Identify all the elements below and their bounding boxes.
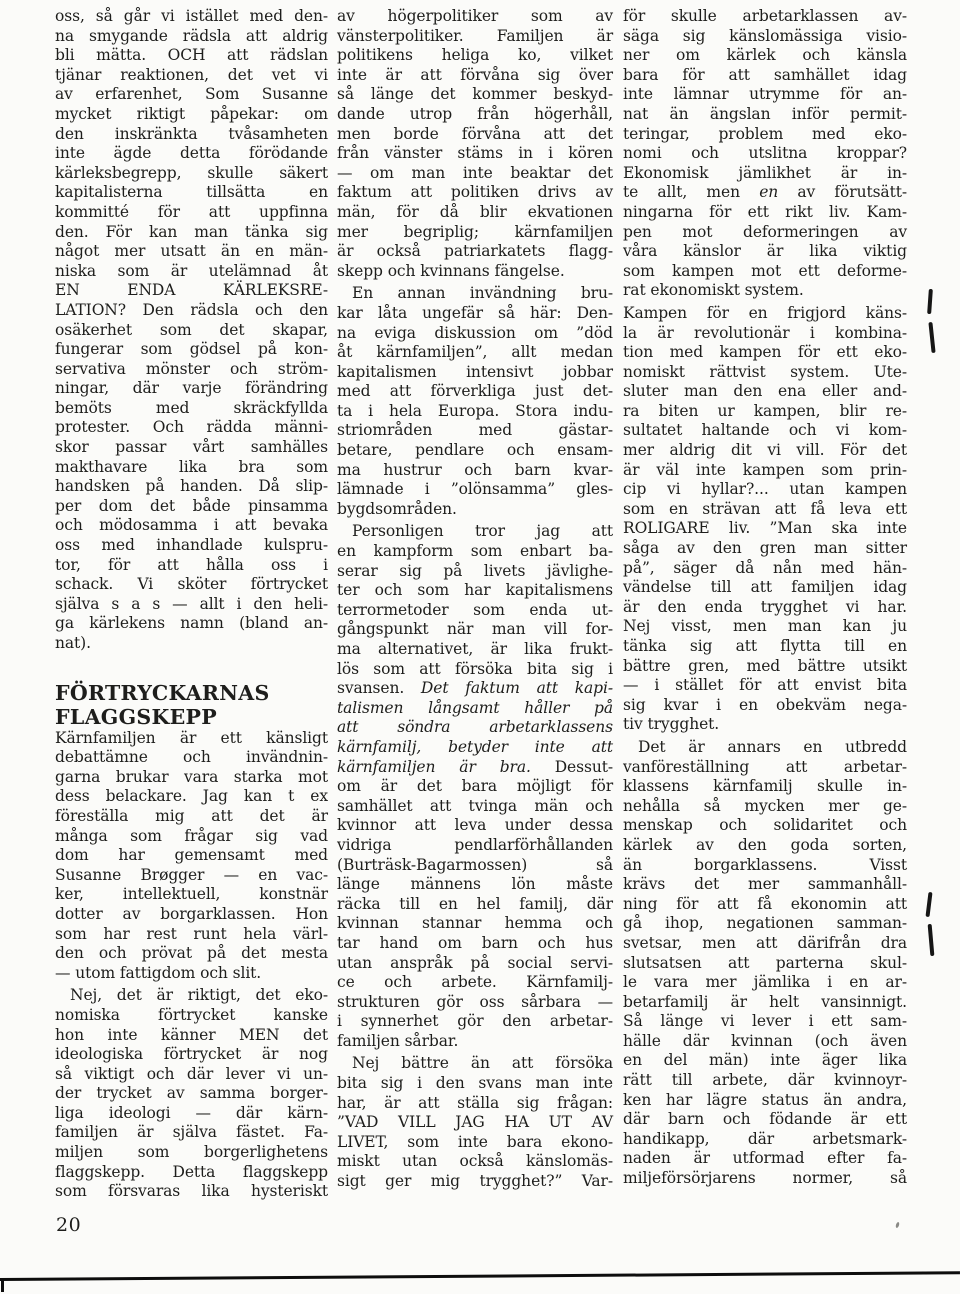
text-line: våra känslor är lika viktig (623, 242, 907, 262)
margin-pen-mark (925, 892, 932, 917)
text-line: vanföreställning att arbetar- (623, 758, 907, 778)
text-line: gångspunkt när man vill for- (337, 620, 613, 640)
text-line: för skulle arbetarklassen av- (623, 7, 907, 27)
text-line: nehålla så mycken mer ge- (623, 797, 907, 817)
text-line: garna brukar vara starka mot (55, 768, 328, 788)
text-line: länge männens lön måste (337, 875, 613, 895)
text-line: kvinnan stannar hemma och (337, 914, 613, 934)
text-column-3: för skulle arbetarklassen av-säga sig kä… (623, 7, 907, 1189)
text-line: lös som att försöka bita sig i (337, 660, 613, 680)
text-line: att söndra arbetarklassens (337, 718, 613, 738)
text-line: har, är att ställa sig frågan: (337, 1094, 613, 1114)
text-line: niska som är utelämnad åt (55, 262, 328, 282)
text-line: tor, för att hålla oss i (55, 556, 328, 576)
text-line: dess belackare. Jag kan t ex (55, 787, 328, 807)
text-line: kapitalisterna tillsätta en (55, 183, 328, 203)
text-line: tar hand om barn och hus (337, 934, 613, 954)
text-line: vidriga pendlarförhållanden (337, 836, 613, 856)
text-line: te allt, men en av förutsätt- (623, 183, 907, 203)
text-line: (Burträsk-Bagarmossen) så (337, 856, 613, 876)
text-line: nomiskt rättvist system. Ute- (623, 363, 907, 383)
text-line: ning för att få ekonomin att (623, 895, 907, 915)
text-line: säga sig känslomässiga visio- (623, 27, 907, 47)
bottom-rule (0, 1271, 960, 1281)
text-line: la är revolutionär i kombina- (623, 324, 907, 344)
text-line: mer aldrig dit vi vill. För det (623, 441, 907, 461)
text-line: skor passar vårt samhälles (55, 438, 328, 458)
text-line: LIVET, som inte bara ekono- (337, 1133, 613, 1153)
text-line: — om man inte beaktar det (337, 164, 613, 184)
text-line: na smygande rädsla att aldrig (55, 27, 328, 47)
text-line: kapitalismen intensivt jobbar (337, 363, 613, 383)
text-line: på”, säger då nån med hän- (623, 559, 907, 579)
text-line: såga av den gren man sitter (623, 539, 907, 559)
text-line: — i stället för att envist bita (623, 676, 907, 696)
text-line: Nej, det är riktigt, det eko- (55, 986, 328, 1006)
text-line: per dom det både pinsamma (55, 497, 328, 517)
text-line: cip vi hyllar?... utan kampen (623, 480, 907, 500)
text-line: dotter av borgarklassen. Hon (55, 905, 328, 925)
margin-pen-mark (928, 924, 935, 956)
text-line: ta i hela Europa. Stora indu- (337, 402, 613, 422)
text-line: nomi och utslitna kroppar? (623, 144, 907, 164)
text-line: terrormetoder som enda ut- (337, 601, 613, 621)
text-line: av högerpolitiker som av (337, 7, 613, 27)
text-line: oss med inhandlade kulspru- (55, 536, 328, 556)
text-line: i synnerhet gör den arbetar- (337, 1012, 613, 1032)
text-line: den och prövat på det mesta (55, 944, 328, 964)
text-line: Susanne Brøgger — en vac- (55, 866, 328, 886)
text-line: ideologiska förtrycket är nog (55, 1045, 328, 1065)
text-line: föreställa mig att det är (55, 807, 328, 827)
text-line: osäkerhet som det skapar, (55, 321, 328, 341)
text-line: nat). (55, 634, 328, 654)
margin-pen-mark (927, 289, 933, 314)
text-line: den inskränkta tvåsamheten (55, 125, 328, 145)
text-line: EN ENDA KÄRLEKSRE- (55, 281, 328, 301)
text-line: bita sig i den svans man inte (337, 1074, 613, 1094)
text-line: le vara mer jämlika i en ar- (623, 973, 907, 993)
text-line: svetsar, men att därifrån dra (623, 934, 907, 954)
text-line: ”VAD VILL JAG HA UT AV (337, 1113, 613, 1133)
text-column-2: av högerpolitiker som avvänsterpolitiker… (337, 7, 613, 1192)
text-line: och mödosamma i att bevaka (55, 516, 328, 536)
text-line: miskt utan också känslomäs- (337, 1152, 613, 1172)
text-line: naden är utformad efter fa- (623, 1149, 907, 1169)
section-heading-line: FLAGGSKEPP (55, 705, 328, 729)
text-line: oss, så går vi istället med den- (55, 7, 328, 27)
text-line: så länge det kommer beskyd- (337, 85, 613, 105)
text-line: bygdsområden. (337, 500, 613, 520)
ink-speck (895, 1222, 900, 1229)
page-number: 20 (56, 1214, 81, 1236)
text-line: om är det bara möjligt för (337, 777, 613, 797)
text-line: inte ägde detta förödande (55, 144, 328, 164)
text-line: krävs det mer sammanhåll- (623, 875, 907, 895)
text-line: schack. Vi sköter förtrycket (55, 575, 328, 595)
text-line: tänka sig att flytta till en (623, 637, 907, 657)
text-line: tjänar reaktionen, det vet vi (55, 66, 328, 86)
text-line: nomiska förtrycket kanske (55, 1006, 328, 1026)
text-line: Kärnfamiljen är ett känsligt (55, 729, 328, 749)
text-line: men borde förvåna att det (337, 125, 613, 145)
text-line: bemöts med skräckfyllda (55, 399, 328, 419)
text-line: ningar, där varje förändring (55, 379, 328, 399)
text-line: än borgarklassens. Visst (623, 856, 907, 876)
text-line: själva s a s — allt i den heli- (55, 595, 328, 615)
text-line: nat än ängslan inför permit- (623, 105, 907, 125)
text-line: makthavare lika bra som (55, 458, 328, 478)
text-line: sigt ger mig trygghet?” Var- (337, 1172, 613, 1192)
text-line: hälle där kvinnan (och även (623, 1032, 907, 1052)
text-line: vändelse till att familjen idag (623, 578, 907, 598)
text-line: menskap och solidaritet och (623, 816, 907, 836)
text-column-1: oss, så går vi istället med den-na smyga… (55, 7, 328, 1202)
text-line: kommitté för att uppfinna (55, 203, 328, 223)
text-line: strukturen gör oss sårbara — (337, 993, 613, 1013)
text-line: slutsatsen att parterna skul- (623, 954, 907, 974)
text-line: Kampen för en frigjord käns- (623, 304, 907, 324)
text-line: debattämne och invändnin- (55, 748, 328, 768)
text-line: teringar, problem med eko- (623, 125, 907, 145)
text-line: vänsterpolitiker. Familjen är (337, 27, 613, 47)
text-line: samhället att tvinga män och (337, 797, 613, 817)
text-line: servativa mönster och ström- (55, 360, 328, 380)
text-line: svansen. Det faktum att kapi- (337, 679, 613, 699)
text-line: bättre gren, med bättre utsikt (623, 657, 907, 677)
text-line: en del män) inte äger lika (623, 1051, 907, 1071)
text-line: betare, pendlare och ensam- (337, 441, 613, 461)
text-line: är den enda trygghet vi har. (623, 598, 907, 618)
text-line: ce och arbete. Kärnfamilj- (337, 973, 613, 993)
text-line: serar sig på livets jävlighe- (337, 562, 613, 582)
text-line: der trycket av samma borger- (55, 1084, 328, 1104)
text-line: pen mot deformeringen av (623, 223, 907, 243)
text-line: ner om kärlek och känsla (623, 46, 907, 66)
text-line: Så länge vi lever i ett sam- (623, 1012, 907, 1032)
text-line: tiv trygghet. (623, 715, 907, 735)
text-line: politikens heliga ko, vilket (337, 46, 613, 66)
text-line: är väl inte kampen som prin- (623, 461, 907, 481)
text-line: är också patriarkatets flagg- (337, 242, 613, 262)
text-line: gå ihop, negationen samman- (623, 914, 907, 934)
text-line: klassens kärnfamilj skulle in- (623, 777, 907, 797)
text-line: dom har gemensamt med (55, 846, 328, 866)
text-line: många som frågar sig vad (55, 827, 328, 847)
text-line: betarfamilj är helt vansinnigt. (623, 993, 907, 1013)
text-line: na eviga diskussion om ”död (337, 324, 613, 344)
text-line: skepp och kvinnans fängelse. (337, 262, 613, 282)
text-line: tion med kampen för ett eko- (623, 343, 907, 363)
text-line: miljeförsörjarens normer, så (623, 1169, 907, 1189)
text-line: Personligen tror jag att (337, 522, 613, 542)
text-line: Nej bättre än att försöka (337, 1054, 613, 1074)
text-line: inte lämnar utrymme för an- (623, 85, 907, 105)
text-line: utan anspråk på social servi- (337, 954, 613, 974)
text-line: ma alternativet, är lika frukt- (337, 640, 613, 660)
bottom-rule-tick (1, 1279, 4, 1292)
margin-pen-mark (928, 322, 935, 353)
text-line: kärleksbegrepp, skulle säkert (55, 164, 328, 184)
text-line: av erfarenhet, Som Susanne (55, 85, 328, 105)
text-line: kärnfamiljen är bra. Dessut- (337, 758, 613, 778)
text-line: rätt till arbete, där kvinnoyr- (623, 1071, 907, 1091)
text-line: faktum att politiken drivs av (337, 183, 613, 203)
text-line: fungerar som gödsel på kon- (55, 340, 328, 360)
text-line: ma hustrur och barn kvar- (337, 461, 613, 481)
text-line: sluter man den ena eller and- (623, 382, 907, 402)
text-line: sultatet haltande och vi kom- (623, 421, 907, 441)
text-line: åt kärnfamiljen”, allt medan (337, 343, 613, 363)
text-line: hon inte känner MEN det (55, 1026, 328, 1046)
text-line: striområden med gästar- (337, 421, 613, 441)
text-line: LATION? Den rädsla och den (55, 301, 328, 321)
text-line: sig kvar i en obekväm nega- (623, 696, 907, 716)
text-line: ra biten ur kampen, blir re- (623, 402, 907, 422)
text-line: bara för att samhället idag (623, 66, 907, 86)
text-line: Ekonomisk jämlikhet är in- (623, 164, 907, 184)
text-line: så viktigt och där lever vi un- (55, 1065, 328, 1085)
text-line: från vänster stäms in i kören (337, 144, 613, 164)
text-line: Det är annars en utbredd (623, 738, 907, 758)
text-line: med att förverkliga just det- (337, 382, 613, 402)
text-line: flaggskepp. Detta flaggskepp (55, 1163, 328, 1183)
text-line: En annan invändning bru- (337, 284, 613, 304)
text-line: handikapp, där arbetsmark- (623, 1130, 907, 1150)
text-line: som försvaras lika hysteriskt (55, 1182, 328, 1202)
text-line: kärlek av den goda sorten, (623, 836, 907, 856)
text-line: kvinnor att leva under dessa (337, 816, 613, 836)
text-line: räcka till en hel familj, där (337, 895, 613, 915)
text-line: där barn och födande är ett (623, 1110, 907, 1130)
text-line: mer begriplig; kärnfamiljen (337, 223, 613, 243)
text-line: den. För kan man tänka sig (55, 223, 328, 243)
text-line: miljen som borgerlighetens (55, 1143, 328, 1163)
text-line: som en strävan att få leva ett (623, 500, 907, 520)
text-line: Nej visst, men man kan ju (623, 617, 907, 637)
text-line: ROLIGARE liv. ”Man ska inte (623, 519, 907, 539)
text-line: liga ideologi — där kärn- (55, 1104, 328, 1124)
text-line: bli mätta. OCH att rädslan (55, 46, 328, 66)
text-line: ker, intellektuell, konstnär (55, 885, 328, 905)
text-line: kar låta ungefär så här: Den- (337, 304, 613, 324)
text-line: ter och som har kapitalismens (337, 581, 613, 601)
text-line: rat ekonomiskt system. (623, 281, 907, 301)
text-line: familjen sårbar. (337, 1032, 613, 1052)
text-line: familjen är själva fästet. Fa- (55, 1123, 328, 1143)
text-line: män, för då blir ekvationen (337, 203, 613, 223)
text-line: som kampen mot ett deforme- (623, 262, 907, 282)
text-line: mycket riktigt påpekar: om (55, 105, 328, 125)
section-heading-line: FÖRTRYCKARNAS (55, 681, 328, 705)
text-line: en kampform som enbart ba- (337, 542, 613, 562)
text-line: något mer utsatt än en män- (55, 242, 328, 262)
text-line: lämnade i ”olönsamma” gles- (337, 480, 613, 500)
text-line: som har rest runt hela värl- (55, 925, 328, 945)
text-line: ken har lägre status än andra, (623, 1091, 907, 1111)
text-line: handsken på handen. Då slip- (55, 477, 328, 497)
text-line: ningarna för ett rikt liv. Kam- (623, 203, 907, 223)
text-line: inte är att förvåna sig över (337, 66, 613, 86)
text-line: dande utrop från högerhåll, (337, 105, 613, 125)
text-line: ga kärlekens namn (bland an- (55, 614, 328, 634)
text-line: talismen långsamt håller på (337, 699, 613, 719)
text-line: — utom fattigdom och slit. (55, 964, 328, 984)
text-line: protester. Och rädda männi- (55, 418, 328, 438)
text-line: kärnfamilj, betyder inte att (337, 738, 613, 758)
